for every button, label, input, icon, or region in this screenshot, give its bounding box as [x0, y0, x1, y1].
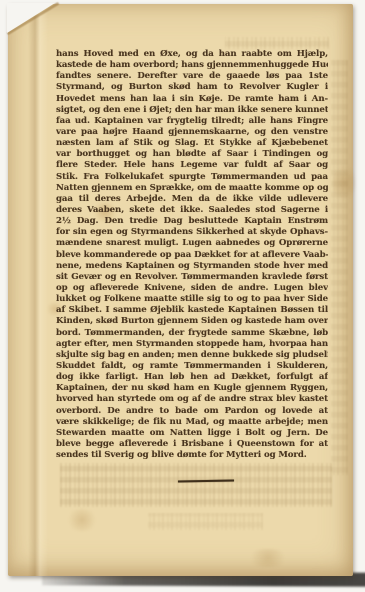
scan-background: hans Hoved med en Øxe, og da han raabte …	[0, 0, 365, 592]
bleedthrough-text-right-margin	[331, 60, 348, 475]
text-line: bleve kommanderede op paa Dækket for at …	[56, 250, 328, 261]
text-line: kastede de ham overbord; hans gjennemmen…	[56, 60, 328, 71]
text-line: hvorved han styrtede om og af de andre s…	[56, 394, 328, 405]
bleedthrough-smudge-bottom	[148, 513, 263, 530]
text-line: Hovedet mens han laa i sin Køje. De ramt…	[56, 94, 328, 105]
text-line: være skikkelige; de fik nu Mad, og maatt…	[56, 417, 328, 428]
text-line: mændene snarest muligt. Lugen aabnedes o…	[56, 238, 328, 249]
left-edge-crease	[28, 4, 48, 576]
bleedthrough-text-below	[60, 463, 332, 507]
text-line: dog ikke farligt. Han løb hen ad Dækket,…	[56, 372, 328, 383]
body-text: hans Hoved med en Øxe, og da han raabte …	[56, 49, 328, 461]
text-line: Stewarden maatte om Natten ligge i Bolt …	[56, 428, 328, 439]
text-line: overbord. De andre to bade om Pardon og …	[56, 406, 328, 417]
text-line: agter efter, men Styrmanden stoppede ham…	[56, 339, 328, 350]
text-line: deres Vaaben, skete det ikke. Saaledes s…	[56, 205, 328, 216]
text-line: Natten gjennem en Sprække, om de maatte …	[56, 183, 328, 194]
text-line: var borthugget og han blødte af Saar i T…	[56, 149, 328, 160]
text-line: sigtet, og den ene i Øjet; den har man i…	[56, 105, 328, 116]
text-line: lukket og Folkene maatte stille sig to o…	[56, 294, 328, 305]
text-line: hans Hoved med en Øxe, og da han raabte …	[56, 49, 328, 60]
text-line: gaa til deres Arbejde. Men da de ikke vi…	[56, 194, 328, 205]
text-line: Kinden, skød Burton gjennem Siden og kas…	[56, 316, 328, 327]
foxing-stain	[246, 549, 290, 567]
text-line: op og afleverede Knivene, siden de andre…	[56, 283, 328, 294]
text-line: sendes til Sverig og blive dømte for Myt…	[56, 450, 328, 461]
text-line: for sin egen og Styrmandens Sikkerhed at…	[56, 227, 328, 238]
text-line: Styrmand, og Burton skød ham to Revolver…	[56, 82, 328, 93]
text-line: skjulte sig bag en anden; men denne bukk…	[56, 350, 328, 361]
text-line: bleve begge afleverede i Brisbane i Quee…	[56, 439, 328, 450]
text-line: næsten lam af Stik og Slag. Et Stykke af…	[56, 138, 328, 149]
foxing-stain	[66, 509, 98, 531]
bleedthrough-text-top	[225, 37, 329, 49]
text-line: sit Gevær og en Revolver. Tømmermanden k…	[56, 272, 328, 283]
text-line: bord. Tømmermanden, der frygtede samme S…	[56, 328, 328, 339]
text-line: vare paa højre Haand gjennemskaarne, og …	[56, 127, 328, 138]
text-line: 2½ Dag. Den tredie Dag besluttede Kaptai…	[56, 216, 328, 227]
text-line: fandtes senere. Derefter vare de gaaede …	[56, 71, 328, 82]
text-line: flere Steder. Hele hans Legeme var fuldt…	[56, 160, 328, 171]
text-line: faa ud. Kaptainen var frygtelig tilredt;…	[56, 116, 328, 127]
text-line: Stik. Fra Folkelukafet spurgte Tømmerman…	[56, 172, 328, 183]
text-line: nene, medens Kaptainen og Styrmanden sto…	[56, 261, 328, 272]
page-corner-fold	[7, 3, 55, 33]
text-line: Skuddet faldt, og ramte Tømmermanden i S…	[56, 361, 328, 372]
text-line: af Skibet. I samme Øjeblik kastede Kapta…	[56, 305, 328, 316]
text-line: Kaptainen, der nu skød ham en Kugle gjen…	[56, 383, 328, 394]
